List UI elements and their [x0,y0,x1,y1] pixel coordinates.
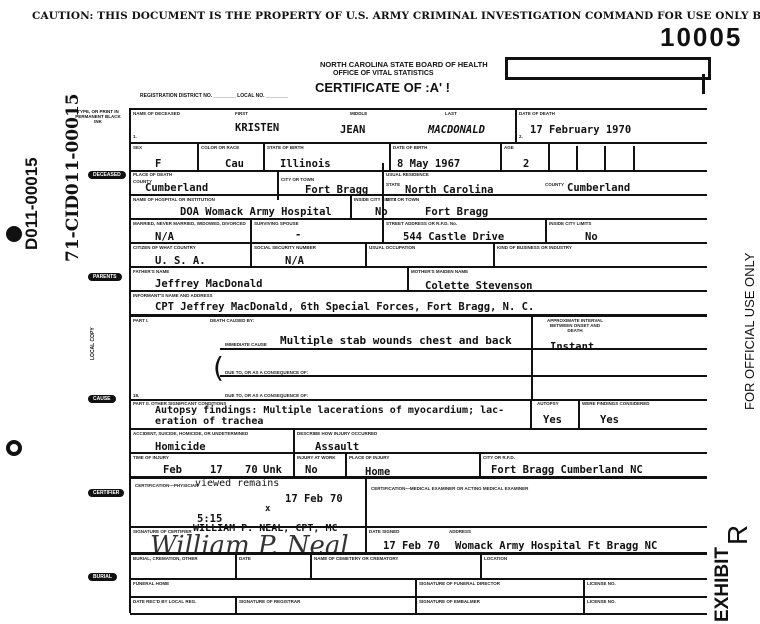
citizen-label: CITIZEN OF WHAT COUNTRY [133,245,196,250]
age: 2 [523,158,529,170]
race: Cau [225,158,244,170]
exhibit-letter: R [722,525,754,545]
injury-at-work-label: INJURY AT WORK [297,455,336,460]
header-rule [702,74,705,94]
injury-year: 70 [245,464,258,476]
first-name: KRISTEN [235,122,279,134]
cert-year: 70 [330,493,343,505]
date-of-death-label: DATE OF DEATH [519,111,555,116]
residence-county: Cumberland [567,182,630,194]
interval-label: APPROXIMATE INTERVAL BETWEEN ONSET AND D… [545,318,605,333]
middle-label: MIDDLE [350,111,367,116]
cert-mark: x [265,504,270,514]
cert-note: viewed remains [195,478,279,489]
place-injury-label: PLACE OF INJURY [349,455,389,460]
burial-label: BURIAL, CREMATION, OTHER [133,556,198,561]
birth-date-label: DATE OF BIRTH [393,145,427,150]
funeral-director-label: SIGNATURE OF FUNERAL DIRECTOR [419,581,500,586]
official-use-stamp: FOR OFFICIAL USE ONLY [742,253,757,410]
agency-name: NORTH CAROLINA STATE BOARD OF HEALTH [320,60,488,69]
autopsy-label: AUTOPSY [537,401,559,406]
father-label: FATHER'S NAME [133,269,169,274]
local-copy-label: LOCAL COPY [90,327,96,360]
tab-certifier: CERTIFIER [88,489,124,497]
occupation-label: USUAL OCCUPATION [369,245,415,250]
city-rfd-label: CITY OR R.F.D. [483,455,515,460]
due-to-label-2: DUE TO, OR AS A CONSEQUENCE OF: [225,393,308,398]
first-label: FIRST [235,111,248,116]
last-name: MACDONALD [428,124,485,136]
other-conditions-2: eration of trachea [155,416,263,427]
injury-day: 17 [210,464,223,476]
state-label: STATE [386,182,400,187]
date-received-label: DATE REC'D BY LOCAL REG. [133,599,196,604]
cert-examiner-label: CERTIFICATION—MEDICAL EXAMINER OR ACTING… [371,486,528,491]
birthplace: Illinois [280,158,331,170]
informant: CPT Jeffrey MacDonald, 6th Special Force… [155,301,534,313]
other-conditions-1: Autopsy findings: Multiple lacerations o… [155,405,504,416]
res-inside-city-label: INSIDE CITY LIMITS [549,221,591,226]
birthplace-label: STATE OF BIRTH [267,145,304,150]
res-city-label: CITY OR TOWN [386,197,419,202]
cert-physician-label: CERTIFICATION—PHYSICIAN [135,483,198,488]
marital-label: MARRIED, NEVER MARRIED, WIDOWED, DIVORCE… [133,221,246,226]
injury-hour: Unk [263,464,282,476]
findings-label: WERE FINDINGS CONSIDERED [582,401,650,406]
death-certificate-form: NAME OF DECEASED FIRST MIDDLE LAST 1. KR… [125,108,707,618]
tab-burial: BURIAL [88,573,117,581]
sex-label: SEX [133,145,142,150]
death-county: Cumberland [145,182,208,194]
state-file-number-box [505,57,711,80]
immediate-cause-label: IMMEDIATE CAUSE [225,342,267,347]
name-label: NAME OF DECEASED [133,111,180,116]
mother-label: MOTHER'S MAIDEN NAME [411,269,468,274]
file-number-1: D011-00015 [22,157,42,250]
time-of-injury-label: TIME OF INJURY [133,455,169,460]
date-signed-label: DATE SIGNED [369,529,399,534]
office-name: OFFICE OF VITAL STATISTICS [333,70,434,77]
ink-instruction: TYPE, OR PRINT IN PERMANENT BLACK INK [75,109,121,124]
field-number: 1. [133,134,137,139]
injury-at-work: No [305,464,318,476]
injury-location: Fort Bragg Cumberland NC [491,464,643,476]
hospital: DOA Womack Army Hospital [180,206,332,218]
bracket: ( [213,351,224,384]
document-number: 10005 [660,22,742,53]
middle-name: JEAN [340,124,365,136]
exhibit-stamp: EXHIBIT [712,547,734,622]
license-label: LICENSE NO. [587,581,616,586]
certificate-title: CERTIFICATE OF :A' ! [315,80,450,95]
spouse: - [295,229,301,241]
punch-hole-icon [6,226,22,242]
autopsy: Yes [543,414,562,426]
date-of-death: 17 February 1970 [530,124,631,136]
location-label: LOCATION [484,556,507,561]
findings-considered: Yes [600,414,619,426]
tab-cause: CAUSE [88,395,116,403]
street-label: STREET ADDRESS OR R.F.D. No. [386,221,457,226]
sex: F [155,158,161,170]
manner-label: ACCIDENT, SUICIDE, HOMICIDE, OR UNDETERM… [133,431,248,436]
certifier-address: Womack Army Hospital Ft Bragg NC [455,540,657,552]
spouse-label: SURVIVING SPOUSE [254,221,299,226]
last-label: LAST [445,111,457,116]
informant-label: INFORMANT'S NAME AND ADDRESS [133,293,213,298]
cert-date: 17 Feb [285,493,323,505]
part1-label: PART I. [133,318,149,323]
business-label: KIND OF BUSINESS OR INDUSTRY [497,245,572,250]
interval: Instant [550,341,594,353]
punch-hole-icon [6,440,22,456]
tab-parents: PARENTS [88,273,122,281]
embalmer-label: SIGNATURE OF EMBALMER [419,599,480,604]
registration-district: REGISTRATION DISTRICT NO. ________ LOCAL… [140,93,288,99]
city-label: CITY OR TOWN [281,177,314,182]
field-number: 18. [133,393,139,398]
race-label: COLOR OR RACE [201,145,239,150]
father-name: Jeffrey MacDonald [155,278,262,290]
place-of-death-label: PLACE OF DEATH [133,172,172,177]
hospital-label: NAME OF HOSPITAL OR INSTITUTION [133,197,215,202]
residence-label: USUAL RESIDENCE [386,172,429,177]
registrar-label: SIGNATURE OF REGISTRAR [239,599,300,604]
caused-by-label: DEATH CAUSED BY: [210,318,254,323]
injury-month: Feb [163,464,182,476]
license-label-2: LICENSE NO. [587,599,616,604]
burial-date-label: DATE [239,556,251,561]
field-number: 2. [519,134,523,139]
ssn-label: SOCIAL SECURITY NUMBER [254,245,316,250]
age-label: AGE [504,145,514,150]
immediate-cause: Multiple stab wounds chest and back [280,334,512,347]
date-signed: 17 Feb 70 [383,540,440,552]
cemetery-label: NAME OF CEMETERY OR CREMATORY [314,556,398,561]
residence-city: Fort Bragg [425,206,488,218]
funeral-home-label: FUNERAL HOME [133,581,169,586]
how-injury-label: DESCRIBE HOW INJURY OCCURRED [297,431,377,436]
birth-date: 8 May 1967 [397,158,460,170]
res-county-label: COUNTY [545,182,564,187]
caution-notice: CAUTION: THIS DOCUMENT IS THE PROPERTY O… [32,10,760,22]
tab-deceased: DECEASED [88,171,126,179]
address-label: ADDRESS [449,529,471,534]
